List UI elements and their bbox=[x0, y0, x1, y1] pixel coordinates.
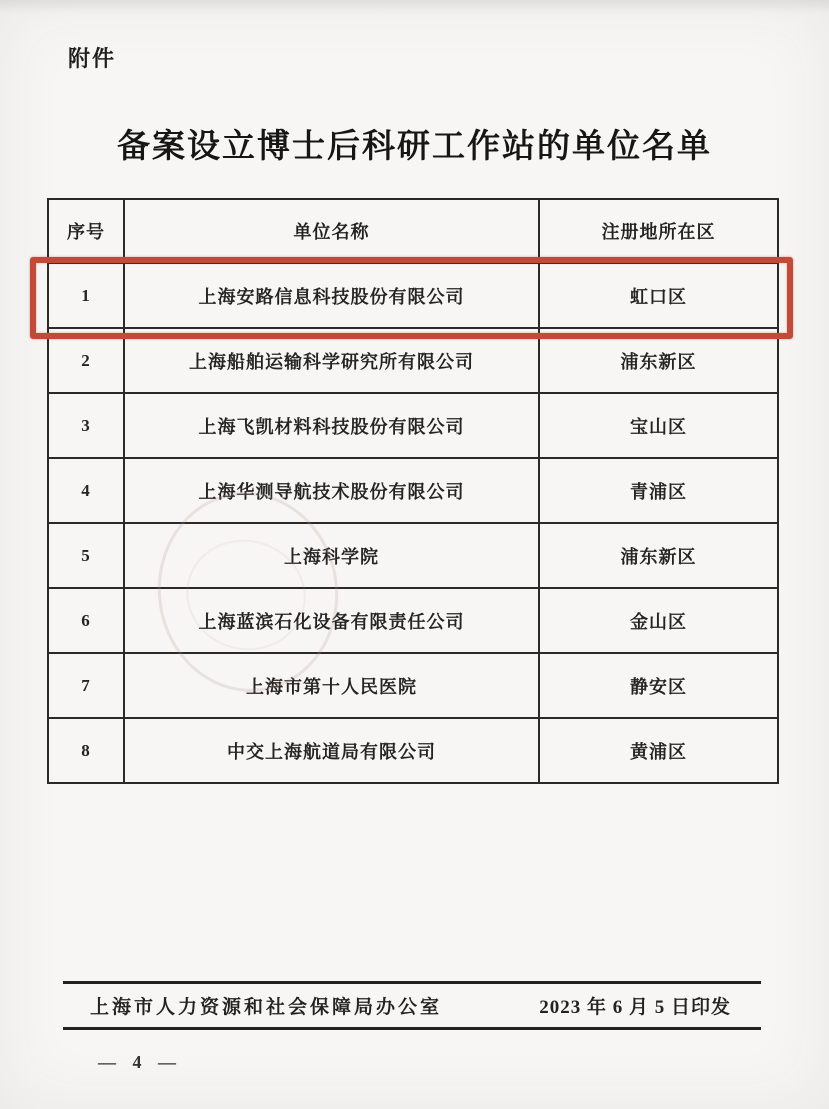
footer-issuer: 上海市人力资源和社会保障局办公室 bbox=[90, 992, 442, 1019]
attachment-label: 附件 bbox=[68, 42, 116, 73]
unit-table: 序号 单位名称 注册地所在区 1上海安路信息科技股份有限公司虹口区2上海船舶运输… bbox=[47, 198, 779, 784]
district-cell: 静安区 bbox=[539, 653, 778, 718]
district-cell: 虹口区 bbox=[539, 263, 778, 328]
header-cell-no: 序号 bbox=[48, 199, 124, 263]
row-number-cell: 7 bbox=[48, 653, 124, 718]
unit-name-cell: 上海市第十人民医院 bbox=[124, 653, 539, 718]
page-number: — 4 — bbox=[98, 1052, 182, 1073]
row-number-cell: 8 bbox=[48, 718, 124, 783]
district-cell: 浦东新区 bbox=[539, 523, 778, 588]
unit-table-header: 序号 单位名称 注册地所在区 bbox=[48, 199, 778, 263]
footer-bar: 上海市人力资源和社会保障局办公室 2023 年 6 月 5 日印发 bbox=[63, 981, 761, 1030]
header-cell-unit-name: 单位名称 bbox=[124, 199, 539, 263]
table-row: 5上海科学院浦东新区 bbox=[48, 523, 778, 588]
row-number-cell: 3 bbox=[48, 393, 124, 458]
unit-name-cell: 上海华测导航技术股份有限公司 bbox=[124, 458, 539, 523]
page-title: 备案设立博士后科研工作站的单位名单 bbox=[0, 120, 829, 167]
table-row: 3上海飞凯材料科技股份有限公司宝山区 bbox=[48, 393, 778, 458]
row-number-cell: 1 bbox=[48, 263, 124, 328]
district-cell: 浦东新区 bbox=[539, 328, 778, 393]
unit-table-body: 1上海安路信息科技股份有限公司虹口区2上海船舶运输科学研究所有限公司浦东新区3上… bbox=[48, 263, 778, 783]
table-row: 1上海安路信息科技股份有限公司虹口区 bbox=[48, 263, 778, 328]
unit-name-cell: 上海船舶运输科学研究所有限公司 bbox=[124, 328, 539, 393]
table-row: 6上海蓝滨石化设备有限责任公司金山区 bbox=[48, 588, 778, 653]
row-number-cell: 4 bbox=[48, 458, 124, 523]
table-row: 2上海船舶运输科学研究所有限公司浦东新区 bbox=[48, 328, 778, 393]
row-number-cell: 5 bbox=[48, 523, 124, 588]
table-row: 8中交上海航道局有限公司黄浦区 bbox=[48, 718, 778, 783]
row-number-cell: 6 bbox=[48, 588, 124, 653]
header-row: 序号 单位名称 注册地所在区 bbox=[48, 199, 778, 263]
header-cell-district: 注册地所在区 bbox=[539, 199, 778, 263]
unit-name-cell: 中交上海航道局有限公司 bbox=[124, 718, 539, 783]
unit-name-cell: 上海科学院 bbox=[124, 523, 539, 588]
district-cell: 宝山区 bbox=[539, 393, 778, 458]
table-row: 4上海华测导航技术股份有限公司青浦区 bbox=[48, 458, 778, 523]
district-cell: 青浦区 bbox=[539, 458, 778, 523]
district-cell: 黄浦区 bbox=[539, 718, 778, 783]
table-row: 7上海市第十人民医院静安区 bbox=[48, 653, 778, 718]
footer-print-date: 2023 年 6 月 5 日印发 bbox=[539, 992, 731, 1019]
district-cell: 金山区 bbox=[539, 588, 778, 653]
row-number-cell: 2 bbox=[48, 328, 124, 393]
unit-name-cell: 上海安路信息科技股份有限公司 bbox=[124, 263, 539, 328]
unit-name-cell: 上海蓝滨石化设备有限责任公司 bbox=[124, 588, 539, 653]
document-page: 附件 备案设立博士后科研工作站的单位名单 序号 单位名称 注册地所在区 1上海安… bbox=[0, 0, 829, 1109]
unit-name-cell: 上海飞凯材料科技股份有限公司 bbox=[124, 393, 539, 458]
